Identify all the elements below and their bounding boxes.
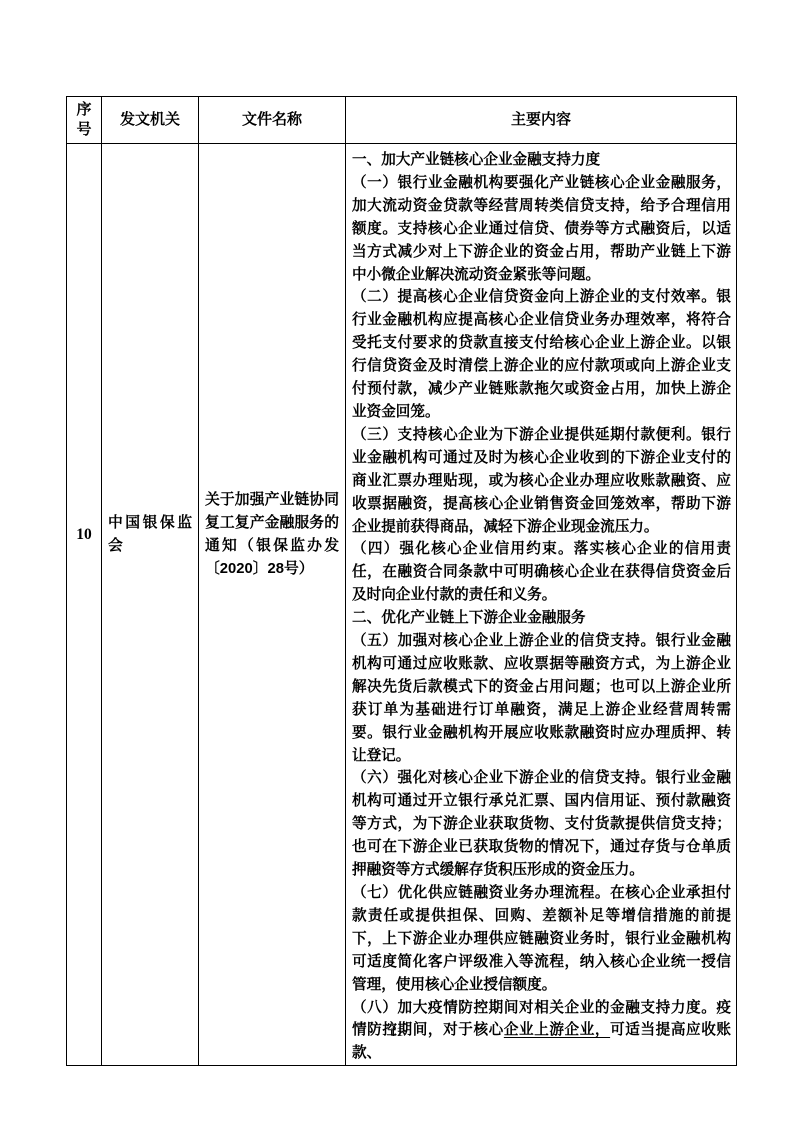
cell-main-content: 一、加大产业链核心企业金融支持力度 （一）银行业金融机构要强化产业链核心企业金融… [346, 144, 737, 1066]
cell-serial-number: 10 [67, 144, 102, 1066]
content-paragraph: （七）优化供应链融资业务办理流程。在核心企业承担付款责任或提供担保、回购、差额补… [352, 882, 731, 997]
cell-document-title: 关于加强产业链协同复工复产金融服务的通知（银保监办发〔2020〕28号） [199, 144, 346, 1066]
document-page: 序号 发文机关 文件名称 主要内容 10 中国银保监会 关于加强产业链协同复工复… [0, 0, 793, 1122]
content-paragraph: 二、优化产业链上下游企业金融服务 [352, 607, 731, 630]
issuing-agency: 中国银保监会 [102, 512, 198, 558]
header-serial: 序号 [67, 97, 102, 144]
document-title: 关于加强产业链协同复工复产金融服务的通知（银保监办发〔2020〕28号） [199, 489, 345, 581]
page-number: 11 [0, 1025, 793, 1041]
content-paragraph: （五）加强对核心企业上游企业的信贷支持。银行业金融机构可通过应收账款、应收票据等… [352, 630, 731, 767]
header-doc-name: 文件名称 [199, 97, 346, 144]
content-paragraph: （六）强化对核心企业下游企业的信贷支持。银行业金融机构可通过开立银行承兑汇票、国… [352, 767, 731, 882]
header-main-content: 主要内容 [346, 97, 737, 144]
header-agency: 发文机关 [102, 97, 199, 144]
content-paragraph: （四）强化核心企业信用约束。落实核心企业的信用责任，在融资合同条款中可明确核心企… [352, 538, 731, 607]
regulation-table: 序号 发文机关 文件名称 主要内容 10 中国银保监会 关于加强产业链协同复工复… [66, 96, 737, 1066]
content-paragraph: （一）银行业金融机构要强化产业链核心企业金融服务，加大流动资金贷款等经营周转类信… [352, 172, 731, 287]
cell-issuing-agency: 中国银保监会 [102, 144, 199, 1066]
content-paragraph: 一、加大产业链核心企业金融支持力度 [352, 149, 731, 172]
content-paragraph: （三）支持核心企业为下游企业提供延期付款便利。银行业金融机构可通过及时为核心企业… [352, 424, 731, 539]
table-header-row: 序号 发文机关 文件名称 主要内容 [67, 97, 737, 144]
serial-number: 10 [67, 526, 101, 544]
table-row: 10 中国银保监会 关于加强产业链协同复工复产金融服务的通知（银保监办发〔202… [67, 144, 737, 1066]
content-paragraph: （二）提高核心企业信贷资金向上游企业的支付效率。银行业金融机构应提高核心企业信贷… [352, 286, 731, 423]
